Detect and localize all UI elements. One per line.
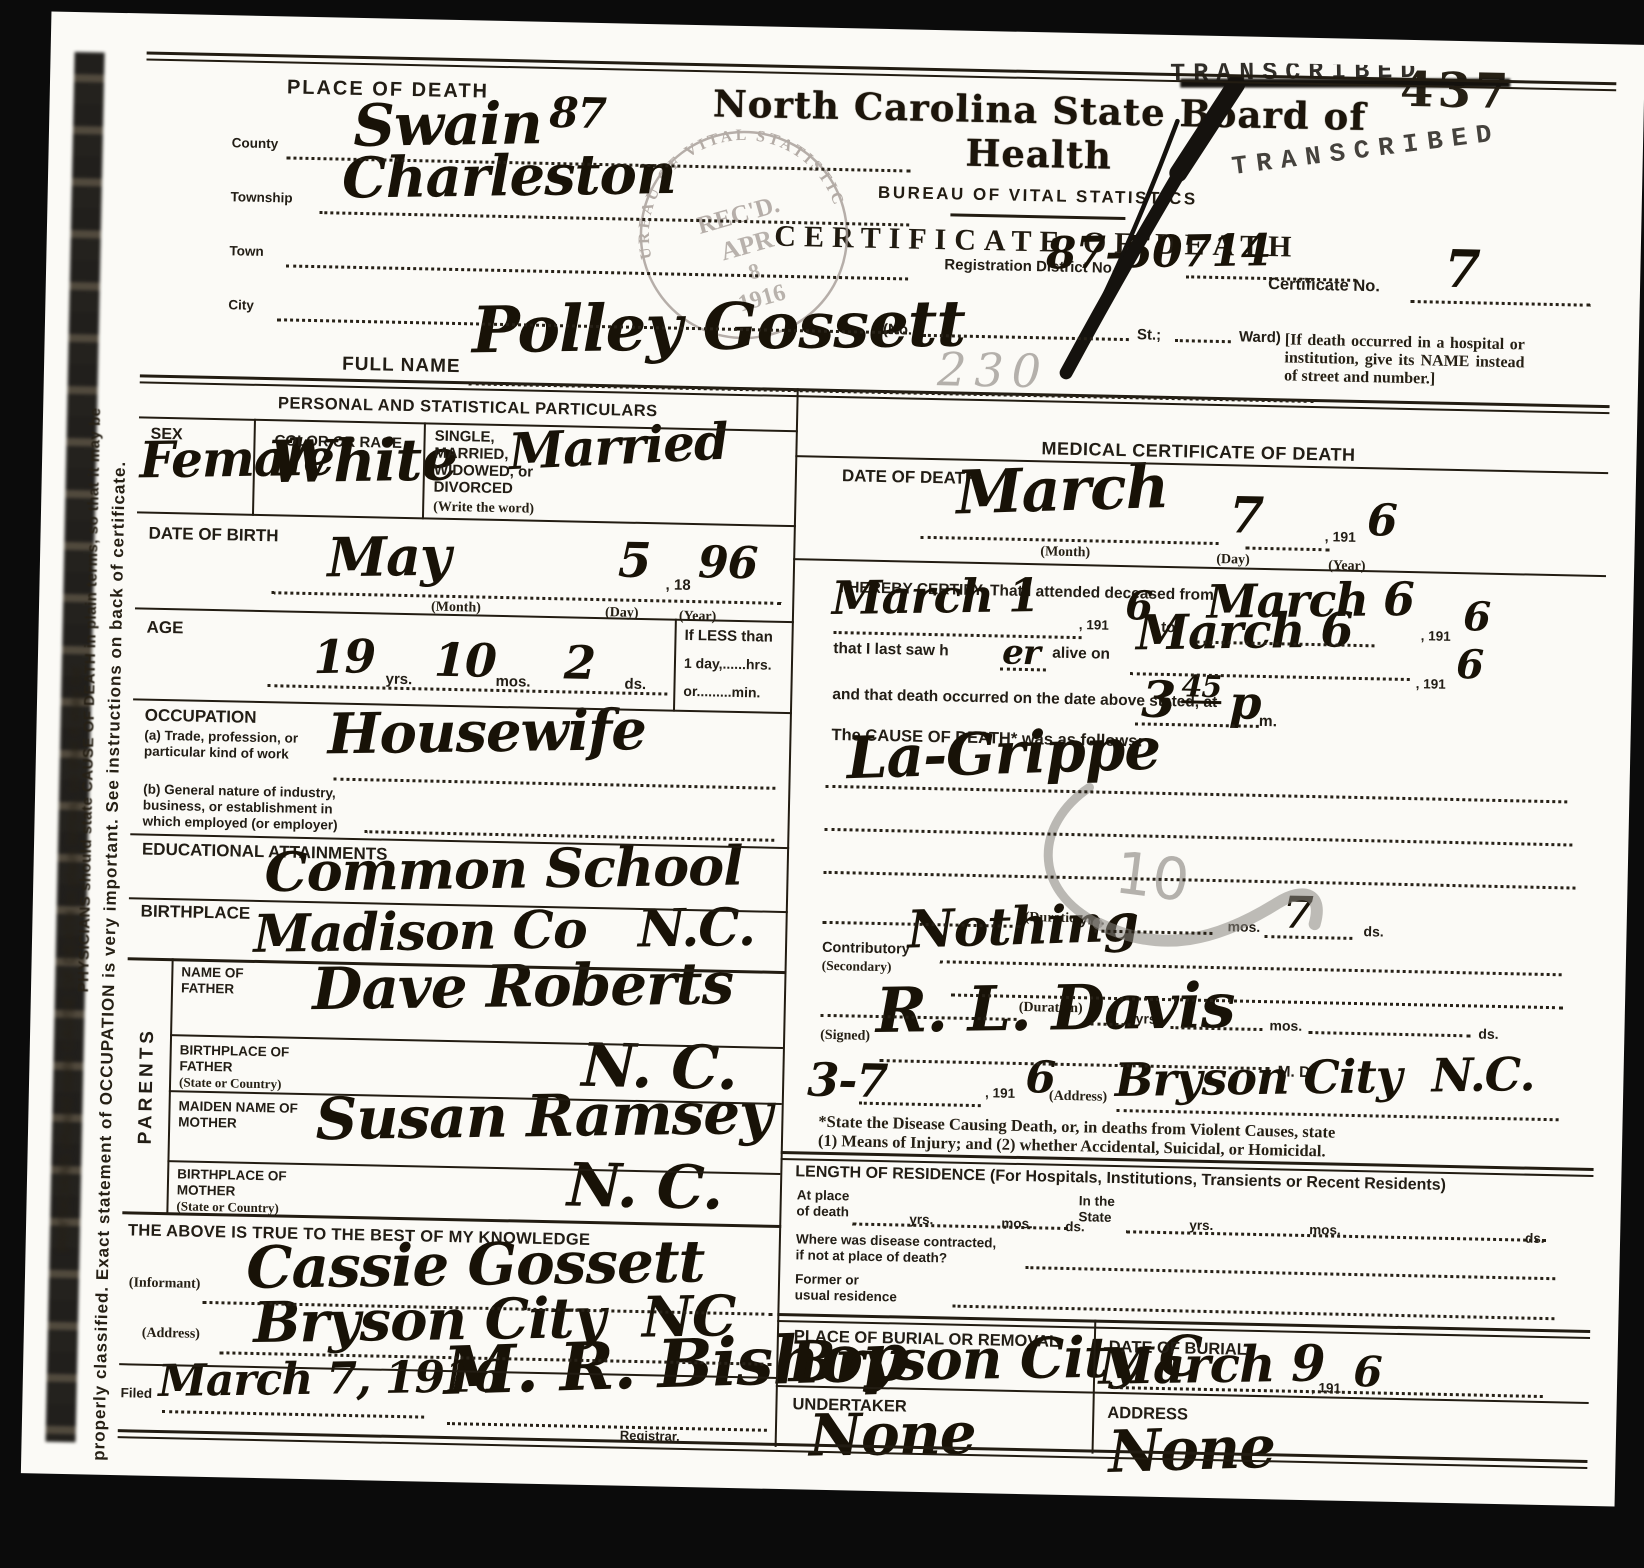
st-label: St.; bbox=[1137, 326, 1162, 344]
date-of-death-day: 7 bbox=[1229, 492, 1264, 538]
dob-year-label: (Year) bbox=[679, 609, 717, 626]
attended-to-year: 6 bbox=[1463, 599, 1491, 636]
in-the-line2: State bbox=[1078, 1209, 1111, 1225]
contributory-value: Nothing bbox=[906, 900, 1138, 954]
dob-label: DATE OF BIRTH bbox=[148, 524, 278, 547]
rule-line bbox=[852, 1223, 1068, 1231]
duration1-mos: mos. bbox=[1224, 918, 1263, 935]
rule-line bbox=[333, 778, 775, 790]
if-less-line1: If LESS than bbox=[684, 627, 773, 646]
death-time-min: 45 bbox=[1181, 673, 1221, 704]
father-birthplace-label: BIRTHPLACE OF FATHER bbox=[179, 1042, 310, 1077]
svg-text:8: 8 bbox=[745, 258, 762, 285]
age-months-value: 10 bbox=[434, 640, 497, 683]
dod-month-label: (Month) bbox=[1040, 544, 1090, 561]
registration-district-value: 87-50714 bbox=[1046, 231, 1271, 274]
certificate-no-value: 7 bbox=[1444, 247, 1480, 295]
rule-line bbox=[824, 828, 1572, 847]
dob-year-printed: , 18 bbox=[665, 576, 690, 594]
death-time-p: p bbox=[1229, 682, 1261, 724]
duration1-ds: ds. bbox=[1360, 923, 1387, 940]
age-years-value: 19 bbox=[313, 636, 376, 678]
at-place-line2: of death bbox=[796, 1203, 849, 1219]
rule-line bbox=[447, 1422, 767, 1432]
marital-note: (Write the word) bbox=[433, 500, 534, 518]
informant-label: (Informant) bbox=[129, 1275, 201, 1292]
burial-date-value: March 9 bbox=[1098, 1341, 1325, 1389]
township-value: Charleston bbox=[342, 149, 676, 204]
former-line2: usual residence bbox=[795, 1287, 897, 1304]
filed-label: Filed bbox=[120, 1385, 152, 1401]
dob-day: 5 bbox=[618, 539, 651, 583]
pencil-number: 230 bbox=[937, 342, 1050, 398]
attended-to-year-printed: , 191 bbox=[1421, 628, 1451, 644]
cause-of-death-value: La-Grippe bbox=[846, 722, 1161, 784]
burial-year-written: 6 bbox=[1353, 1353, 1382, 1391]
rule-line bbox=[1264, 935, 1352, 940]
county-number: 87 bbox=[549, 94, 606, 133]
m-label: m. bbox=[1259, 713, 1277, 731]
age-ds-unit: ds. bbox=[621, 676, 649, 694]
date-of-death-month: March bbox=[955, 460, 1169, 521]
education-value: Common School bbox=[264, 841, 743, 896]
father-name-label: NAME OF FATHER bbox=[181, 964, 292, 998]
attended-from-value: March 1 bbox=[831, 575, 1039, 619]
signed-date-value: 3-7 bbox=[807, 1060, 888, 1103]
city-label: City bbox=[228, 297, 254, 313]
secondary-label: (Secondary) bbox=[821, 958, 891, 975]
occupation-b-label: (b) General nature of industry, business… bbox=[142, 782, 353, 834]
signed-year-printed: , 191 bbox=[985, 1085, 1015, 1101]
full-name-label: FULL NAME bbox=[342, 354, 461, 378]
race-value: White bbox=[269, 434, 458, 489]
signed-label: (Signed) bbox=[820, 1028, 870, 1045]
if-less-line3: or.........min. bbox=[683, 683, 760, 701]
duration2-mos: mos. bbox=[1266, 1017, 1305, 1034]
undertaker-address-value: None bbox=[1107, 1421, 1275, 1478]
ward-label: Ward) bbox=[1239, 328, 1281, 346]
if-less-line2: 1 day,......hrs. bbox=[684, 655, 772, 673]
age-days-value: 2 bbox=[564, 642, 596, 684]
dob-month: May bbox=[327, 532, 451, 582]
rule-line bbox=[162, 1410, 424, 1418]
occupation-label: OCCUPATION bbox=[145, 706, 257, 728]
rule-line bbox=[673, 619, 677, 712]
rule-line bbox=[921, 536, 1219, 545]
county-label: County bbox=[232, 135, 279, 151]
occupation-a-label: (a) Trade, profession, or particular kin… bbox=[144, 728, 335, 764]
rule-line bbox=[1025, 1266, 1555, 1280]
informant-address-label: (Address) bbox=[142, 1326, 200, 1343]
age-yrs-unit: yrs. bbox=[382, 671, 415, 689]
in-the-line1: In the bbox=[1079, 1193, 1115, 1209]
dod-year-printed: , 191 bbox=[1325, 528, 1356, 545]
rule-line bbox=[824, 871, 1576, 890]
signed-address-value: Bryson City N.C. bbox=[1114, 1054, 1534, 1101]
date-of-death-year: 6 bbox=[1367, 501, 1397, 541]
parents-side-label: PARENTS bbox=[135, 1025, 160, 1145]
mother-name-label: MAIDEN NAME OF MOTHER bbox=[178, 1098, 309, 1133]
dob-year-written: 96 bbox=[698, 543, 758, 584]
mother-birthplace-label: BIRTHPLACE OF MOTHER bbox=[177, 1166, 308, 1201]
scanned-death-certificate: PHYSICIANS should state CAUSE OF DEATH i… bbox=[0, 0, 1644, 1568]
rule-line bbox=[166, 958, 173, 1214]
mother-birthplace-value: N. C. bbox=[566, 1159, 722, 1216]
last-saw-year-printed: , 191 bbox=[1416, 676, 1446, 692]
birthplace-label: BIRTHPLACE bbox=[140, 902, 250, 924]
last-saw-date: March 6 bbox=[1136, 609, 1353, 655]
physician-signature: R. L. Davis bbox=[875, 978, 1235, 1039]
signed-address-label: (Address) bbox=[1049, 1089, 1107, 1106]
at-place-line1: At place bbox=[797, 1187, 850, 1203]
last-saw-year: 6 bbox=[1456, 647, 1484, 684]
hospital-note: [If death occurred in a hospital or inst… bbox=[1284, 331, 1525, 390]
township-label: Township bbox=[230, 189, 292, 205]
duration1-days-value: 7 bbox=[1282, 893, 1312, 933]
last-saw-pre: that I last saw h bbox=[833, 640, 949, 660]
attended-from-year-printed: , 191 bbox=[1079, 617, 1109, 633]
rule-line bbox=[825, 785, 1567, 804]
town-label: Town bbox=[229, 243, 264, 259]
rule-line bbox=[1175, 339, 1231, 343]
rule-line bbox=[834, 631, 1082, 639]
masthead-rule bbox=[950, 213, 1125, 220]
contributory-label: Contributory bbox=[822, 940, 910, 958]
age-label: AGE bbox=[146, 618, 183, 639]
rule-line bbox=[1308, 1031, 1470, 1037]
last-saw-post: alive on bbox=[1052, 645, 1110, 664]
rule-line bbox=[271, 591, 781, 605]
rule-line bbox=[1411, 300, 1591, 307]
rule-line bbox=[1245, 547, 1329, 552]
contracted-line2: if not at place of death? bbox=[795, 1247, 947, 1265]
certificate-paper: PHYSICIANS should state CAUSE OF DEATH i… bbox=[21, 11, 1644, 1506]
former-line1: Former or bbox=[795, 1271, 859, 1287]
last-saw-pronoun: er bbox=[1002, 638, 1040, 669]
occupation-a-value: Housewife bbox=[327, 705, 646, 760]
duration2-ds: ds. bbox=[1475, 1026, 1502, 1043]
